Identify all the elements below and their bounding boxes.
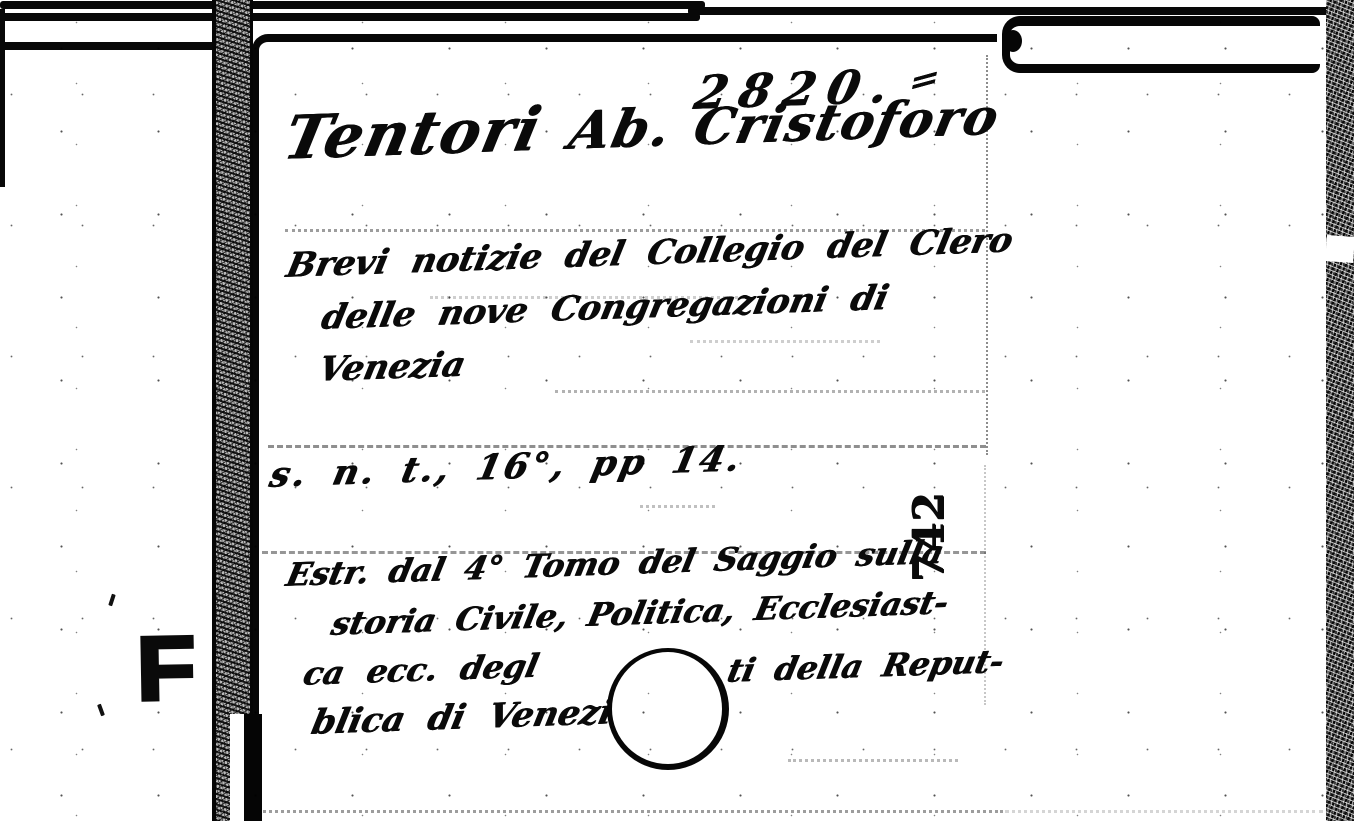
author-forename: Cristoforo bbox=[689, 87, 1006, 157]
accession-number-stamp: 742 bbox=[906, 492, 950, 582]
left-horizontal-line bbox=[0, 42, 216, 50]
top-edge-line-right bbox=[688, 7, 1338, 15]
rule-line bbox=[1005, 810, 1323, 813]
drawer-rod-slot bbox=[230, 714, 244, 821]
neighbor-card-corner-blob bbox=[1004, 30, 1022, 52]
drawer-letter-stamp: F bbox=[136, 624, 197, 715]
right-edge-strip-gap bbox=[1325, 235, 1354, 263]
right-edge-strip bbox=[1326, 0, 1354, 821]
drawer-rod-strip bbox=[212, 0, 253, 821]
hole-punch bbox=[607, 648, 729, 770]
author-prefix: Ab. bbox=[564, 97, 678, 162]
drawer-rod-leg bbox=[244, 714, 262, 821]
top-edge-line-upper bbox=[0, 1, 705, 9]
ink-speck bbox=[108, 594, 116, 607]
scanned-catalog-card-page: 2820.= TentoriAb.Cristoforo Brevi notizi… bbox=[0, 0, 1354, 821]
neighbor-card-top-edge bbox=[1002, 16, 1320, 73]
title-line-3: Venezia bbox=[315, 345, 469, 390]
top-edge-line-lower bbox=[0, 13, 700, 21]
left-edge-line bbox=[0, 9, 5, 187]
ink-speck bbox=[97, 704, 105, 717]
author-surname: Tentori bbox=[278, 95, 549, 174]
